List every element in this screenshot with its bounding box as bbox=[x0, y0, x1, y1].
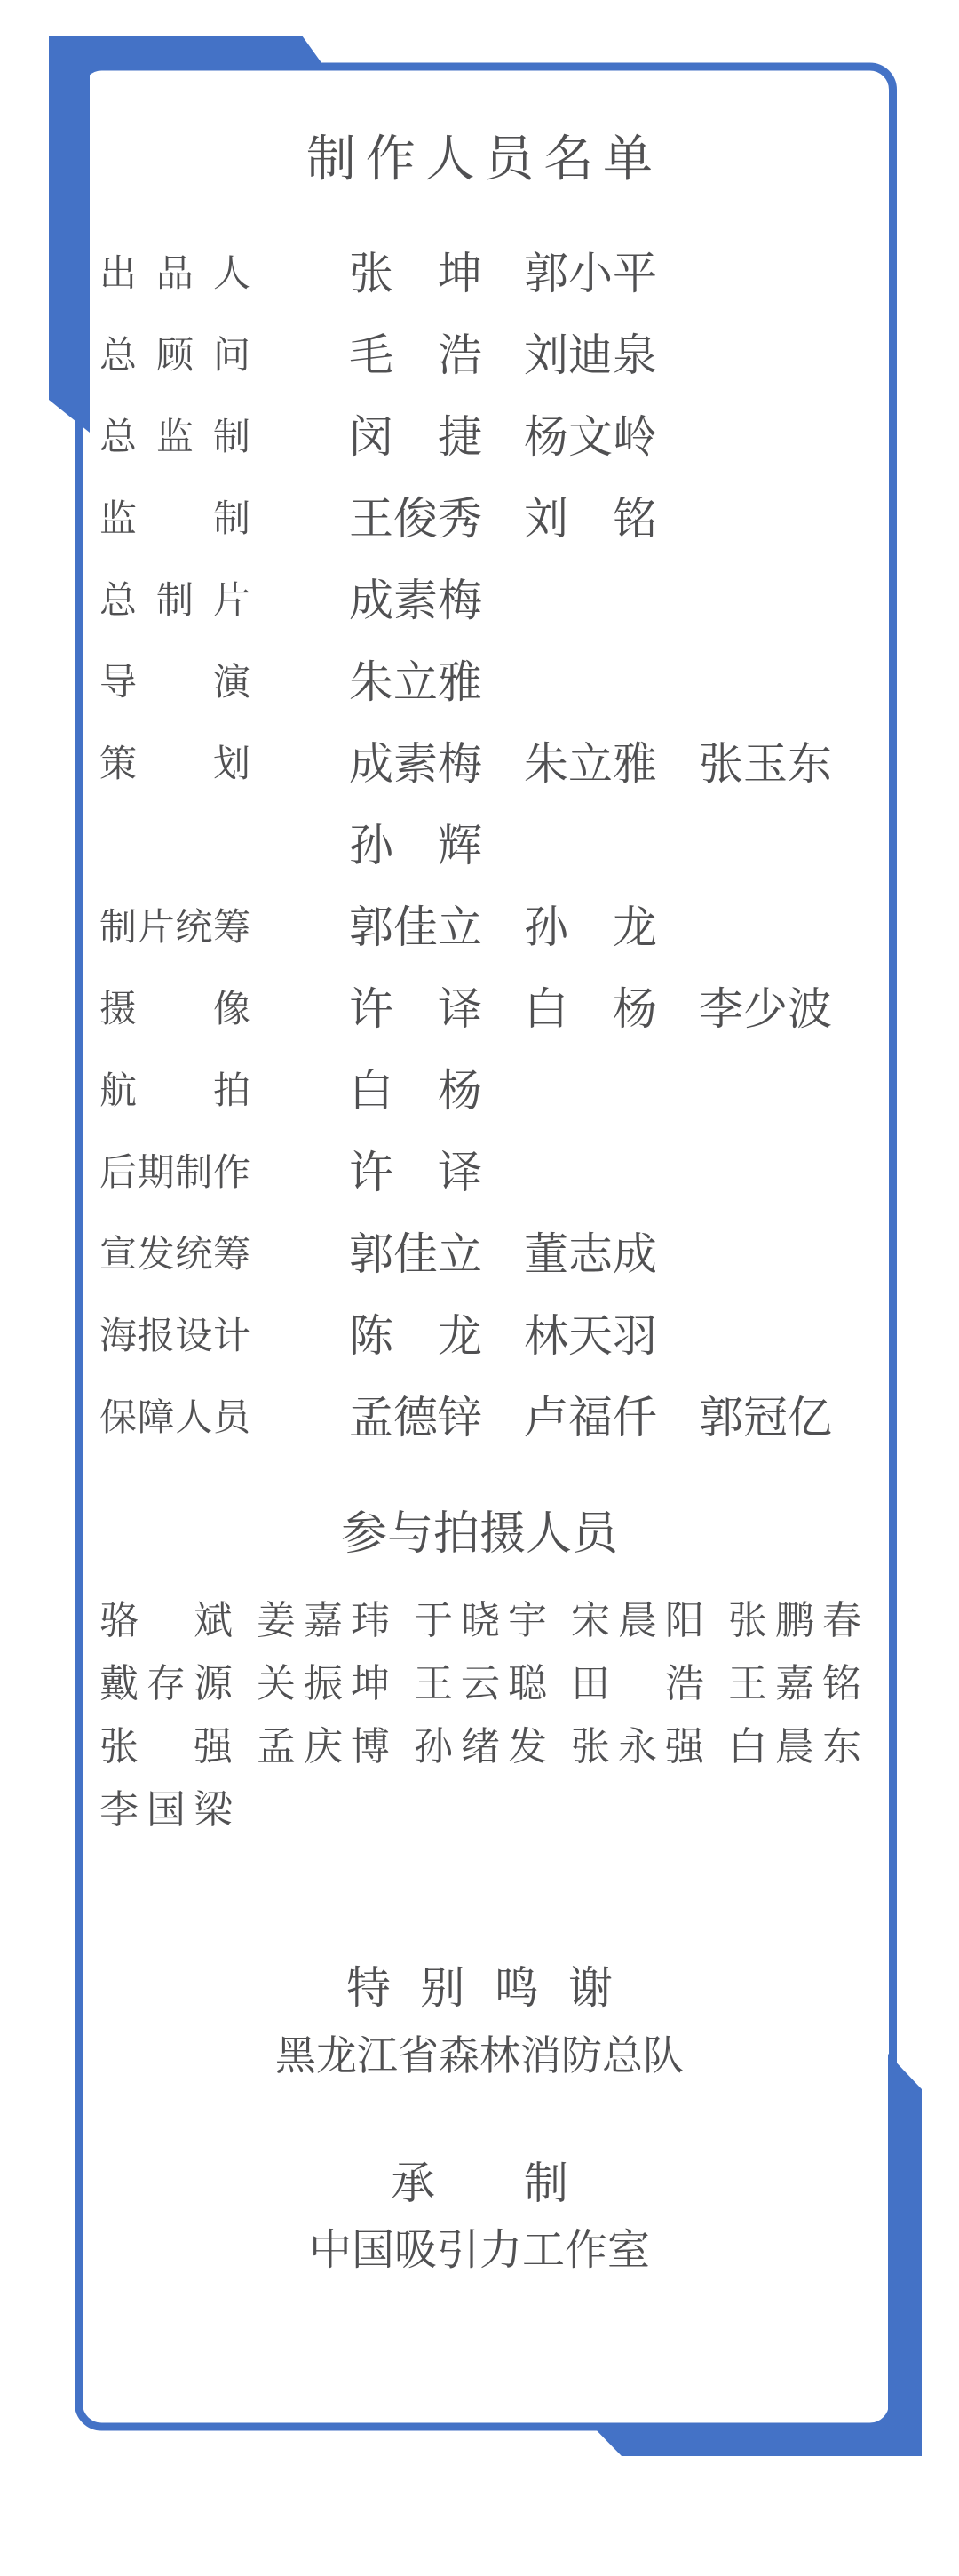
crew-row: 海报设计陈 龙林天羽 bbox=[99, 1295, 863, 1377]
person-name: 成素梅 bbox=[349, 576, 482, 625]
role-label: 策 划 bbox=[99, 743, 250, 784]
role-label: 出品人 bbox=[99, 253, 250, 294]
person-name: 刘迪泉 bbox=[524, 331, 657, 380]
crew-row: 监 制王俊秀刘 铭 bbox=[99, 478, 863, 560]
special-thanks-heading: 特别鸣谢 bbox=[346, 1965, 613, 2011]
production-heading-row: 承 制 bbox=[0, 2160, 959, 2206]
role-label: 监 制 bbox=[99, 498, 250, 539]
crew-row: 宣发统筹郭佳立董志成 bbox=[99, 1213, 863, 1295]
person-name: 孟德锌 bbox=[349, 1394, 482, 1443]
production-body: 中国吸引力工作室 bbox=[0, 2229, 959, 2273]
person-name: 卢福仟 bbox=[524, 1394, 657, 1443]
credits-page: 制作人员名单 出品人张 坤郭小平总顾问毛 浩刘迪泉总监制闵 捷杨文岭监 制王俊秀… bbox=[0, 0, 959, 2576]
names-group: 王俊秀刘 铭 bbox=[349, 495, 657, 544]
participant-name: 田 浩 bbox=[571, 1663, 704, 1705]
names-group: 许 译白 杨李少波 bbox=[349, 985, 832, 1034]
crew-row: 保障人员孟德锌卢福仟郭冠亿 bbox=[99, 1377, 863, 1459]
person-name: 郭佳立 bbox=[349, 1230, 482, 1279]
role-label: 导 演 bbox=[99, 662, 250, 703]
person-name: 陈 龙 bbox=[349, 1312, 482, 1361]
crew-row: 总顾问毛 浩刘迪泉 bbox=[99, 314, 863, 396]
person-name: 朱立雅 bbox=[524, 740, 657, 789]
names-group: 孟德锌卢福仟郭冠亿 bbox=[349, 1394, 832, 1443]
production-heading: 承 制 bbox=[391, 2160, 568, 2206]
names-group: 毛 浩刘迪泉 bbox=[349, 331, 657, 380]
person-name: 朱立雅 bbox=[349, 658, 482, 707]
person-name: 林天羽 bbox=[524, 1312, 657, 1361]
role-label: 保障人员 bbox=[99, 1397, 250, 1438]
person-name: 闵 捷 bbox=[349, 413, 482, 462]
page-title: 制作人员名单 bbox=[306, 133, 653, 185]
names-group: 朱立雅 bbox=[349, 658, 482, 707]
crew-row: 制片统筹郭佳立孙 龙 bbox=[99, 886, 863, 968]
names-group: 郭佳立孙 龙 bbox=[349, 903, 657, 952]
participants-grid: 骆 斌姜嘉玮于晓宇宋晨阳张鹏春戴存源关振坤王云聪田 浩王嘉铭张 强孟庆博孙绪发张… bbox=[99, 1590, 861, 1842]
role-label: 总顾问 bbox=[99, 335, 250, 376]
participant-name: 孙绪发 bbox=[414, 1726, 547, 1769]
participants-row: 骆 斌姜嘉玮于晓宇宋晨阳张鹏春 bbox=[99, 1590, 861, 1653]
participants-heading: 参与拍摄人员 bbox=[0, 1511, 959, 1557]
participant-name: 李国梁 bbox=[99, 1789, 233, 1832]
person-name: 孙 辉 bbox=[349, 822, 482, 871]
participant-name: 王嘉铭 bbox=[728, 1663, 861, 1705]
participant-name: 孟庆博 bbox=[257, 1726, 390, 1769]
person-name: 白 杨 bbox=[349, 1067, 482, 1116]
participants-row: 李国梁 bbox=[99, 1779, 861, 1842]
participant-name: 宋晨阳 bbox=[571, 1600, 704, 1642]
person-name: 杨文岭 bbox=[524, 413, 657, 462]
names-group: 许 译 bbox=[349, 1149, 482, 1197]
names-group: 成素梅 bbox=[349, 576, 482, 625]
role-label: 宣发统筹 bbox=[99, 1234, 250, 1275]
names-group: 张 坤郭小平 bbox=[349, 250, 657, 298]
person-name: 董志成 bbox=[524, 1230, 657, 1279]
role-label: 海报设计 bbox=[99, 1316, 250, 1356]
person-name: 许 译 bbox=[349, 1149, 482, 1197]
participant-name: 张 强 bbox=[99, 1726, 233, 1769]
crew-row: 总制片成素梅 bbox=[99, 560, 863, 641]
participant-name: 张鹏春 bbox=[728, 1600, 861, 1642]
person-name: 孙 龙 bbox=[524, 903, 657, 952]
person-name: 张玉东 bbox=[699, 740, 832, 789]
names-group: 陈 龙林天羽 bbox=[349, 1312, 657, 1361]
special-thanks-heading-row: 特别鸣谢 bbox=[0, 1965, 959, 2011]
page-title-row: 制作人员名单 bbox=[0, 133, 959, 185]
crew-row: 航 拍白 杨 bbox=[99, 1050, 863, 1132]
names-group: 闵 捷杨文岭 bbox=[349, 413, 657, 462]
role-label: 航 拍 bbox=[99, 1070, 250, 1111]
person-name: 成素梅 bbox=[349, 740, 482, 789]
crew-row: 总监制闵 捷杨文岭 bbox=[99, 396, 863, 478]
person-name: 郭佳立 bbox=[349, 903, 482, 952]
participants-row: 张 强孟庆博孙绪发张永强白晨东 bbox=[99, 1716, 861, 1779]
crew-credits-list: 出品人张 坤郭小平总顾问毛 浩刘迪泉总监制闵 捷杨文岭监 制王俊秀刘 铭总制片成… bbox=[99, 233, 863, 1459]
crew-row: 孙 辉 bbox=[99, 805, 863, 886]
person-name: 许 译 bbox=[349, 985, 482, 1034]
role-label: 后期制作 bbox=[99, 1152, 250, 1193]
participant-name: 戴存源 bbox=[99, 1663, 233, 1705]
person-name: 李少波 bbox=[699, 985, 832, 1034]
role-label: 摄 像 bbox=[99, 989, 250, 1030]
person-name: 刘 铭 bbox=[524, 495, 657, 544]
participants-row: 戴存源关振坤王云聪田 浩王嘉铭 bbox=[99, 1653, 861, 1716]
participant-name: 骆 斌 bbox=[99, 1600, 233, 1642]
names-group: 成素梅朱立雅张玉东 bbox=[349, 740, 832, 789]
role-label: 制片统筹 bbox=[99, 907, 250, 948]
person-name: 郭冠亿 bbox=[699, 1394, 832, 1443]
names-group: 孙 辉 bbox=[349, 822, 482, 871]
crew-row: 出品人张 坤郭小平 bbox=[99, 233, 863, 314]
participant-name: 姜嘉玮 bbox=[257, 1600, 390, 1642]
participant-name: 白晨东 bbox=[728, 1726, 861, 1769]
person-name: 白 杨 bbox=[524, 985, 657, 1034]
special-thanks-body: 黑龙江省森林消防总队 bbox=[0, 2034, 959, 2077]
participant-name: 关振坤 bbox=[257, 1663, 390, 1705]
crew-row: 摄 像许 译白 杨李少波 bbox=[99, 968, 863, 1050]
participant-name: 于晓宇 bbox=[414, 1600, 547, 1642]
names-group: 白 杨 bbox=[349, 1067, 482, 1116]
participant-name: 王云聪 bbox=[414, 1663, 547, 1705]
participant-name: 张永强 bbox=[571, 1726, 704, 1769]
person-name: 毛 浩 bbox=[349, 331, 482, 380]
role-label: 总监制 bbox=[99, 417, 250, 457]
crew-row: 策 划成素梅朱立雅张玉东 bbox=[99, 723, 863, 805]
person-name: 张 坤 bbox=[349, 250, 482, 298]
crew-row: 后期制作许 译 bbox=[99, 1132, 863, 1213]
names-group: 郭佳立董志成 bbox=[349, 1230, 657, 1279]
person-name: 王俊秀 bbox=[349, 495, 482, 544]
crew-row: 导 演朱立雅 bbox=[99, 641, 863, 723]
role-label: 总制片 bbox=[99, 580, 250, 621]
person-name: 郭小平 bbox=[524, 250, 657, 298]
